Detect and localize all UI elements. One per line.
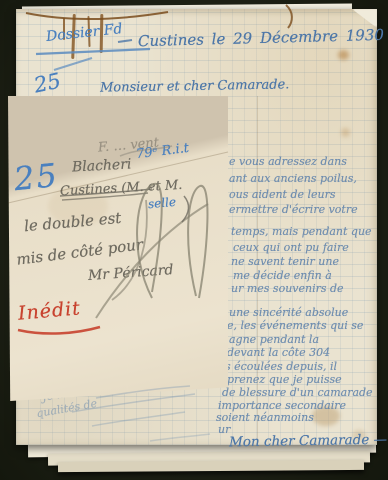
letter-line: ermettre d'écrire votre — [229, 203, 358, 216]
letter-line: ceux qui ont pu faire — [233, 241, 349, 254]
letter-line: e vous adressez dans — [229, 155, 347, 168]
letter-line: e, les événements qui se — [227, 319, 363, 332]
annotation-slip: F. … vent 25 Blacheri 79ᵉ R.i.t Custines… — [8, 96, 228, 401]
letter-line: agne pendant la — [229, 333, 319, 346]
slip-name: Blacheri — [72, 156, 132, 175]
paper-stack-sheet-3 — [58, 460, 364, 472]
scanned-document: Dossier Fd 25 Custines le 29 Décembre 19… — [0, 0, 388, 480]
letter-line: de blessure d'un camarade — [222, 386, 373, 399]
letter-line: ne savent tenir une — [231, 255, 339, 268]
letter-line: temps, mais pendant que — [231, 225, 372, 238]
letter-line: s écoulées depuis, il — [225, 360, 337, 373]
slip-note-line3: Mr Péricard — [88, 262, 174, 284]
slip-note-line1: le double est — [23, 209, 122, 235]
letter-line: me décide enfin à — [233, 269, 332, 282]
slip-department: (M. et M. — [121, 178, 183, 196]
slip-department-suffix: selle — [147, 195, 176, 211]
letter-closing: Mon cher Camarade — — [229, 432, 387, 451]
slip-status-inedit: Inédit — [17, 297, 82, 324]
letter-line: ous aident de leurs — [229, 188, 336, 201]
slip-note-line2: mis de côté pour — [15, 235, 144, 268]
rust-stain — [338, 50, 349, 60]
slip-number: 25 — [12, 156, 60, 198]
letter-line: une sincérité absolue — [229, 306, 348, 319]
letter-line: ur mes souvenirs de — [231, 282, 344, 295]
slip-place: Custines — [60, 181, 118, 199]
letter-line: soient néanmoins — [216, 411, 314, 424]
letter-line: prenez que je puisse — [227, 373, 342, 386]
small-stain — [341, 128, 350, 137]
letter-line: ant aux anciens poilus, — [229, 172, 357, 185]
letter-line: devant la côte 304 — [227, 346, 330, 359]
